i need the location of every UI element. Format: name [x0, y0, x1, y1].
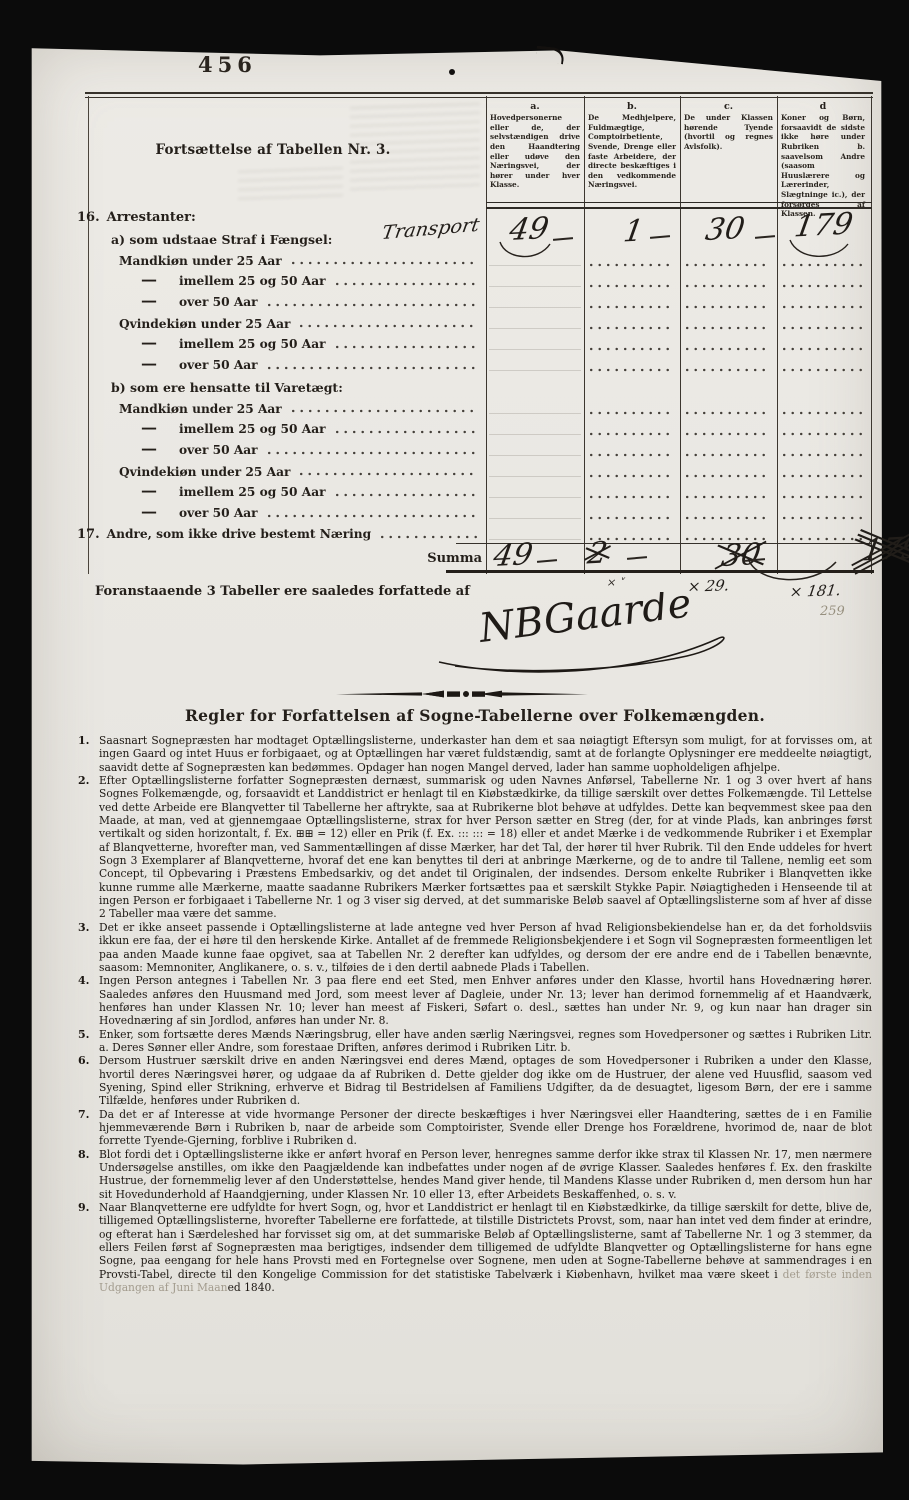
cell-line — [590, 326, 674, 330]
ditto-dash: — — [141, 439, 157, 458]
row-text: over 50 Aar — [179, 358, 258, 372]
ditto-dash: — — [141, 270, 157, 289]
rules-heading: Regler for Forfattelsen af Sogne-Tabelle… — [78, 706, 872, 725]
row-label: Mandkiøn under 25 Aar — [89, 254, 486, 270]
cell-line — [686, 474, 771, 478]
table-row: —over 50 Aar — [89, 439, 872, 460]
row-text: Mandkiøn under 25 Aar — [119, 254, 282, 268]
signature: NBGaarde — [425, 592, 755, 680]
table-cell — [584, 354, 680, 375]
cell-line — [783, 284, 863, 288]
rule-text: Det er ikke anseet passende i Optællings… — [99, 921, 872, 974]
table-cell — [680, 502, 777, 523]
rule-paragraph: 6.Dersom Hustruer særskilt drive en ande… — [78, 1054, 872, 1107]
row-label: —imellem 25 og 50 Aar — [89, 418, 486, 439]
cell-line — [489, 497, 581, 498]
cell-line — [590, 432, 674, 436]
cell-line — [489, 434, 581, 435]
row-text: Mandkiøn under 25 Aar — [119, 402, 282, 416]
ditto-dash: — — [141, 418, 157, 437]
leader-dots — [336, 493, 478, 497]
cell-line — [783, 411, 863, 415]
ditto-dash: — — [141, 333, 157, 352]
table-row: —imellem 25 og 50 Aar — [89, 333, 872, 354]
ditto-dash: — — [141, 502, 157, 521]
row-label: Qvindekiøn under 25 Aar — [89, 465, 486, 481]
rule-number: 7. — [78, 1108, 89, 1121]
row-label: 17.Andre, som ikke drive bestemt Næring — [89, 527, 486, 544]
cell-line — [489, 328, 581, 329]
row-label: —over 50 Aar — [89, 291, 486, 312]
rule-number: 8. — [78, 1148, 89, 1161]
table-cell — [680, 354, 777, 375]
table-cell — [680, 270, 777, 291]
table-cell — [486, 291, 584, 312]
table-cell — [680, 439, 777, 460]
cell-line — [686, 432, 771, 436]
table-cell — [777, 312, 869, 333]
row-text: Andre, som ikke drive bestemt Næring — [107, 527, 372, 541]
column-description: De under Klassen hørende Tyende (hvortil… — [684, 113, 773, 152]
rules-list: 1.Saasnart Sognepræsten har modtaget Opt… — [78, 734, 872, 1294]
rule-text: Ingen Person antegnes i Tabellen Nr. 3 p… — [99, 974, 872, 1027]
page-number: 456 — [198, 52, 257, 77]
table-cell — [486, 354, 584, 375]
rule-paragraph: 5.Enker, som fortsætte deres Mænds Nærin… — [78, 1028, 872, 1055]
table-cell — [777, 375, 869, 397]
table-cell — [486, 502, 584, 523]
table-cell — [584, 418, 680, 439]
rule-number: 5. — [78, 1028, 89, 1041]
leader-dots — [336, 282, 478, 286]
table-row: Mandkiøn under 25 Aar — [89, 249, 872, 270]
rule-text: Enker, som fortsætte deres Mænds Nærings… — [99, 1028, 872, 1054]
row-label: —over 50 Aar — [89, 354, 486, 375]
table-cell — [486, 312, 584, 333]
table-cell — [777, 523, 869, 544]
cell-line — [489, 349, 581, 350]
leader-dots — [300, 472, 478, 476]
cell-line — [489, 476, 581, 477]
table-row: —imellem 25 og 50 Aar — [89, 418, 872, 439]
rule-paragraph: 8.Blot fordi det i Optællingslisterne ik… — [78, 1148, 872, 1201]
pen-flourish — [746, 552, 838, 588]
cell-line — [686, 495, 771, 499]
cell-line — [783, 495, 863, 499]
rule-text: Efter Optællingslisterne forfatter Sogne… — [99, 774, 872, 920]
table-row: —imellem 25 og 50 Aar — [89, 481, 872, 502]
column-letter: b. — [588, 101, 676, 112]
leader-dots — [268, 451, 478, 455]
rule-number: 9. — [78, 1201, 89, 1214]
table-cell — [486, 439, 584, 460]
table-cell — [584, 270, 680, 291]
cell-line — [783, 432, 863, 436]
cell-line — [783, 474, 863, 478]
table-cell — [777, 291, 869, 312]
table-cell — [486, 333, 584, 354]
table-cell — [584, 397, 680, 418]
rule-number: 4. — [78, 974, 89, 987]
ditto-dash: — — [141, 354, 157, 373]
table-cell — [777, 397, 869, 418]
cell-line — [686, 263, 771, 267]
summa-label: Summa — [427, 551, 482, 566]
row-label: —over 50 Aar — [89, 502, 486, 523]
row-label: —imellem 25 og 50 Aar — [89, 270, 486, 291]
column-header: b.De Medhjelpere, Fuldmægtige, Comptoirb… — [584, 99, 680, 202]
cell-line — [489, 307, 581, 308]
cell-line — [686, 347, 771, 351]
rule-text: Saasnart Sognepræsten har modtaget Optæl… — [99, 734, 872, 774]
row-text: imellem 25 og 50 Aar — [179, 422, 326, 436]
cell-line — [489, 413, 581, 414]
cell-line — [590, 474, 674, 478]
leader-dots — [300, 324, 478, 328]
table-cell — [584, 249, 680, 270]
row-text: Qvindekiøn under 25 Aar — [119, 317, 290, 331]
divider-ornament — [336, 686, 588, 702]
table-row: —over 50 Aar — [89, 291, 872, 312]
table-row: Mandkiøn under 25 Aar — [89, 397, 872, 418]
scanned-document-page: 456 Fortsættelse af Tabellen Nr. 3. a.Ho… — [0, 0, 909, 1500]
cell-line — [686, 326, 771, 330]
leader-dots — [381, 535, 478, 539]
table-cell — [584, 460, 680, 481]
column-header: a.Hovedpersonerne eller de, der selvstæn… — [486, 99, 584, 202]
cell-line — [590, 305, 674, 309]
rule-text-tail: ed 1840. — [228, 1281, 275, 1294]
cell-line — [489, 286, 581, 287]
table-cell — [777, 418, 869, 439]
column-description: Hovedpersonerne eller de, der selvstændi… — [490, 113, 580, 190]
rule-number: 2. — [78, 774, 89, 787]
rule-number: 6. — [78, 1054, 89, 1067]
table-rows: 16.Arrestanter:a) som udstaae Straf i Fæ… — [89, 205, 872, 570]
leader-dots — [268, 366, 478, 370]
table-cell — [680, 418, 777, 439]
row-label: Qvindekiøn under 25 Aar — [89, 317, 486, 333]
summa-value-d-scratched: 179 — [860, 531, 909, 569]
cell-line — [686, 284, 771, 288]
rule-text: Naar Blanqvetterne ere udfyldte for hver… — [99, 1201, 872, 1281]
pencil-note: 259 — [820, 604, 845, 619]
pen-flourish — [498, 240, 554, 266]
table-cell — [680, 460, 777, 481]
leader-dots — [336, 430, 478, 434]
row-text: Qvindekiøn under 25 Aar — [119, 465, 290, 479]
table-cell — [777, 270, 869, 291]
table-cell — [584, 481, 680, 502]
rule-paragraph: 1.Saasnart Sognepræsten har modtaget Opt… — [78, 734, 872, 774]
census-table: Fortsættelse af Tabellen Nr. 3. a.Hovedp… — [88, 96, 872, 574]
summa-label-wrap: Summa — [89, 551, 486, 570]
table-cell — [584, 375, 680, 397]
cell-line — [590, 495, 674, 499]
row-text: imellem 25 og 50 Aar — [179, 485, 326, 499]
cell-line — [686, 516, 771, 520]
rule-number: 1. — [78, 734, 89, 747]
section-row: b) som ere hensatte til Varetægt: — [89, 375, 872, 397]
table-cell — [486, 481, 584, 502]
cell-line — [783, 516, 863, 520]
cell-line — [590, 453, 674, 457]
summa-value-a: 49 — [491, 537, 535, 574]
cell-line — [686, 368, 771, 372]
cell-line — [686, 453, 771, 457]
table-cell — [680, 397, 777, 418]
cell-line — [590, 516, 674, 520]
table-cell — [680, 333, 777, 354]
scan-artifact-dot — [449, 69, 455, 75]
rule-number: 3. — [78, 921, 89, 934]
table-row: Qvindekiøn under 25 Aar — [89, 460, 872, 481]
cell-line — [783, 326, 863, 330]
table-cell — [486, 418, 584, 439]
cell-line — [783, 453, 863, 457]
cell-line — [783, 368, 863, 372]
table-title: Fortsættelse af Tabellen Nr. 3. — [128, 142, 418, 158]
table-cell — [584, 502, 680, 523]
row-text: imellem 25 og 50 Aar — [179, 337, 326, 351]
row-number: 16. — [77, 210, 100, 225]
row-text: b) som ere hensatte til Varetægt: — [111, 380, 343, 395]
cell-line — [783, 305, 863, 309]
cell-line — [783, 537, 863, 541]
table-cell — [777, 333, 869, 354]
table-row: —over 50 Aar — [89, 354, 872, 375]
cell-line — [590, 368, 674, 372]
table-cell — [680, 291, 777, 312]
row-text: over 50 Aar — [179, 295, 258, 309]
summa-correction-b: × ˅ — [606, 576, 627, 589]
cell-line — [590, 263, 674, 267]
row-text: imellem 25 og 50 Aar — [179, 274, 326, 288]
cell-line — [489, 518, 581, 519]
ditto-dash: — — [141, 291, 157, 310]
table-cell — [584, 439, 680, 460]
row-number: 17. — [77, 527, 100, 542]
table-row: —imellem 25 og 50 Aar — [89, 270, 872, 291]
table-cell — [584, 333, 680, 354]
rule-text: Blot fordi det i Optællingslisterne ikke… — [99, 1148, 872, 1201]
rule-text: Da det er af Interesse at vide hvormange… — [99, 1108, 872, 1148]
row-label: —imellem 25 og 50 Aar — [89, 333, 486, 354]
cell-line — [489, 455, 581, 456]
rule-text: Dersom Hustruer særskilt drive en anden … — [99, 1054, 872, 1107]
table-cell — [486, 460, 584, 481]
table-cell — [680, 249, 777, 270]
ditto-dash: — — [141, 481, 157, 500]
table-cell — [584, 312, 680, 333]
row-label: b) som ere hensatte til Varetægt: — [89, 380, 486, 397]
column-description: De Medhjelpere, Fuldmægtige, Comptoirbet… — [588, 113, 676, 190]
rule-paragraph: 7.Da det er af Interesse at vide hvorman… — [78, 1108, 872, 1148]
row-text: a) som udstaae Straf i Fængsel: — [111, 232, 332, 247]
table-cell — [777, 502, 869, 523]
column-letter: a. — [490, 101, 580, 112]
row-text: over 50 Aar — [179, 443, 258, 457]
leader-dots — [268, 303, 478, 307]
table-cell — [680, 375, 777, 397]
rule-paragraph: 9.Naar Blanqvetterne ere udfyldte for hv… — [78, 1201, 872, 1294]
table-cell — [680, 312, 777, 333]
row-label: —imellem 25 og 50 Aar — [89, 481, 486, 502]
column-header: dKoner og Børn, forsaavidt de sidste ikk… — [777, 99, 869, 202]
table-row: —over 50 Aar — [89, 502, 872, 523]
table-cell — [777, 439, 869, 460]
column-headers: a.Hovedpersonerne eller de, der selvstæn… — [486, 99, 872, 202]
cell-line — [686, 411, 771, 415]
table-cell — [680, 481, 777, 502]
signature-name: NBGaarde — [476, 592, 694, 652]
attestation-text: Foranstaaende 3 Tabeller ere saaledes fo… — [95, 584, 470, 599]
leader-dots — [336, 345, 478, 349]
column-letter: d — [781, 101, 865, 112]
leader-dots — [268, 514, 478, 518]
cell-line — [686, 305, 771, 309]
table-cell — [777, 354, 869, 375]
cell-line — [783, 347, 863, 351]
cell-line — [590, 284, 674, 288]
rule-paragraph: 2.Efter Optællingslisterne forfatter Sog… — [78, 774, 872, 921]
leader-dots — [292, 409, 478, 413]
table-cell — [486, 375, 584, 397]
leader-dots — [292, 261, 478, 265]
row-text: Arrestanter: — [107, 210, 196, 225]
cell-line — [590, 347, 674, 351]
row-label: —over 50 Aar — [89, 439, 486, 460]
table-cell — [777, 481, 869, 502]
row-label: Mandkiøn under 25 Aar — [89, 402, 486, 418]
rule-paragraph: 4.Ingen Person antegnes i Tabellen Nr. 3… — [78, 974, 872, 1027]
column-letter: c. — [684, 101, 773, 112]
table-cell — [584, 291, 680, 312]
rule-paragraph: 3.Det er ikke anseet passende i Optællin… — [78, 921, 872, 974]
row-text: over 50 Aar — [179, 506, 258, 520]
table-cell — [486, 270, 584, 291]
pen-flourish — [788, 238, 850, 266]
scan-artifact-squiggle — [535, 46, 565, 65]
rules-section: Regler for Forfattelsen af Sogne-Tabelle… — [78, 706, 872, 1444]
cell-line — [489, 370, 581, 371]
table-cell — [486, 397, 584, 418]
column-header: c.De under Klassen hørende Tyende (hvort… — [680, 99, 777, 202]
table-cell — [777, 460, 869, 481]
page-content: 456 Fortsættelse af Tabellen Nr. 3. a.Ho… — [0, 0, 909, 1500]
cell-line — [590, 411, 674, 415]
handwritten-value-c: 30 — [703, 211, 747, 248]
table-row: Qvindekiøn under 25 Aar — [89, 312, 872, 333]
